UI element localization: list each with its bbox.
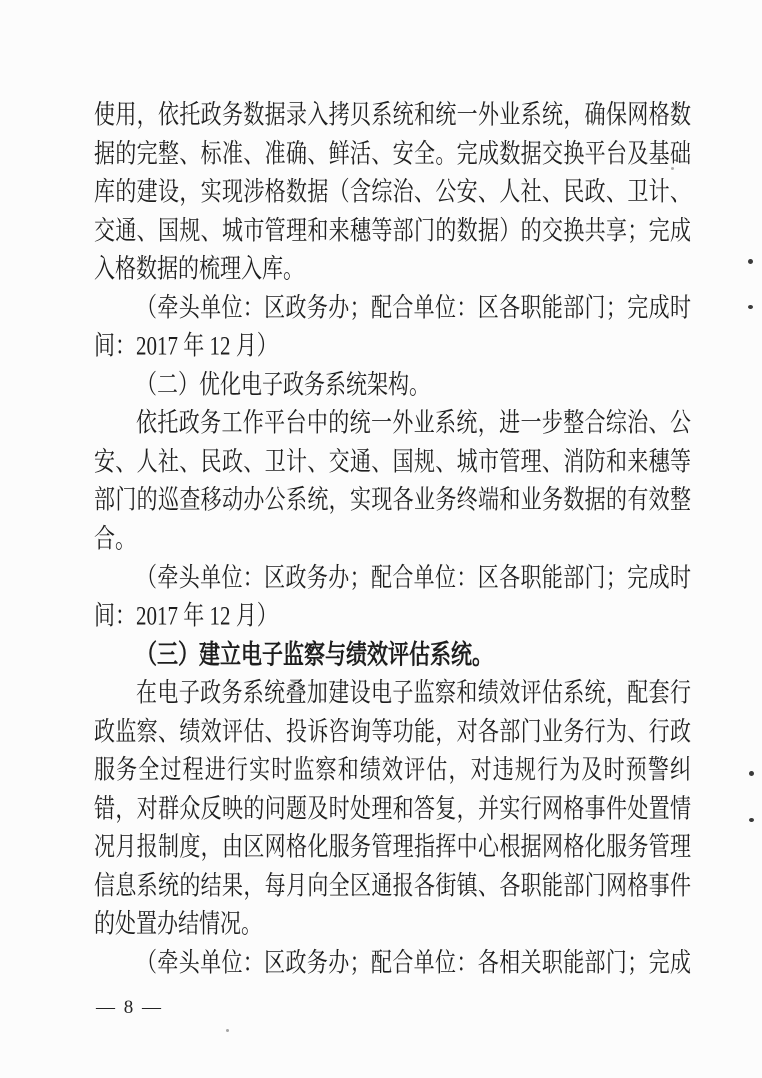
scan-speck: [748, 305, 753, 309]
scan-speck: [226, 1029, 229, 1032]
para-section-3-body: 在电子政务系统叠加建设电子监察和绩效评估系统，配套行政监察、绩效评估、投诉咨询等…: [94, 674, 691, 944]
scan-speck: [749, 818, 754, 822]
para-unit-note-2: （牵头单位：区政务办；配合单位：区各职能部门；完成时间：2017 年 12 月）: [94, 559, 691, 636]
para-continuation-data-platform: 使用，依托政务数据录入拷贝系统和统一外业系统，确保网格数据的完整、标准、准确、鲜…: [94, 96, 691, 289]
document-text: 使用，依托政务数据录入拷贝系统和统一外业系统，确保网格数据的完整、标准、准确、鲜…: [94, 96, 691, 983]
scan-speck: [748, 259, 753, 264]
text-line: （牵头单位：区政务办；配合单位：各相关职能部门；完成: [94, 939, 691, 988]
para-unit-note-3: （牵头单位：区政务办；配合单位：各相关职能部门；完成: [94, 944, 691, 983]
scan-speck: [671, 167, 674, 170]
para-section-2-body: 依托政务工作平台中的统一外业系统，进一步整合综治、公安、人社、民政、卫计、交通、…: [94, 404, 691, 558]
page-number: — 8 —: [96, 995, 163, 1021]
scan-speck: [236, 181, 238, 183]
scan-speck: [749, 771, 754, 776]
para-unit-note-1: （牵头单位：区政务办；配合单位：区各职能部门；完成时间：2017 年 12 月）: [94, 289, 691, 366]
scanned-document-page: 使用，依托政务数据录入拷贝系统和统一外业系统，确保网格数据的完整、标准、准确、鲜…: [0, 0, 762, 1078]
